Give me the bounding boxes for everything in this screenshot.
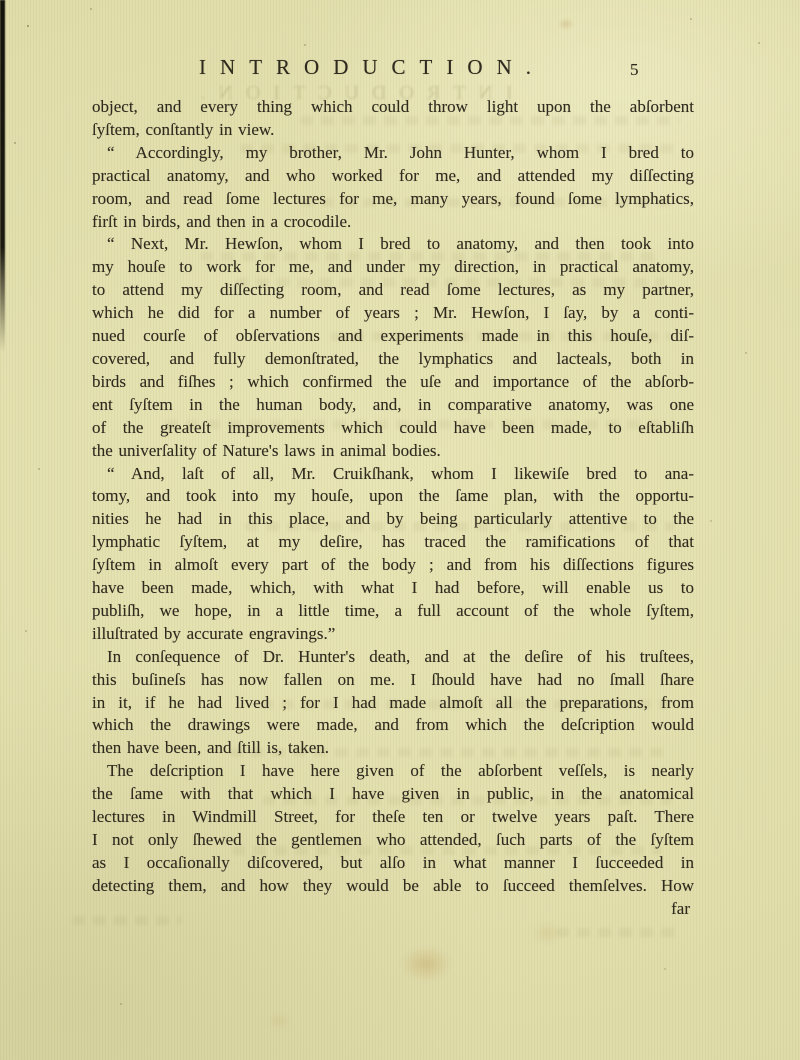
book-page-scan: INTRODUCTION. INTRODUCTION. 5 object, an…	[0, 0, 800, 1060]
text-line: to attend my diſſecting room, and read ſ…	[92, 279, 694, 302]
catchword: far	[92, 898, 694, 921]
foxing-stain	[532, 922, 562, 944]
page-header-title: INTRODUCTION.	[72, 55, 672, 80]
text-line: in it, if he had lived ; for I had made …	[92, 692, 694, 715]
text-line: then have been, and ſtill is, taken.	[92, 737, 694, 760]
text-line: which he did for a number of years ; Mr.…	[92, 302, 694, 325]
text-line: covered, and fully demonſtrated, the lym…	[92, 348, 694, 371]
foxing-stain	[266, 1012, 292, 1030]
text-line: “ Accordingly, my brother, Mr. John Hunt…	[92, 142, 694, 165]
text-line: ent ſyſtem in the human body, and, in co…	[92, 394, 694, 417]
text-line: ſyſtem, conſtantly in view.	[92, 119, 694, 142]
text-line: I not only ſhewed the gentlemen who atte…	[92, 829, 694, 852]
page-number: 5	[630, 60, 639, 80]
text-line: practical anatomy, and who worked for me…	[92, 165, 694, 188]
text-line: In conſequence of Dr. Hunter's death, an…	[92, 646, 694, 669]
text-line: publiſh, we hope, in a little time, a fu…	[92, 600, 694, 623]
text-line: birds and fiſhes ; which confirmed the u…	[92, 371, 694, 394]
text-line: “ Next, Mr. Hewſon, whom I bred to anato…	[92, 233, 694, 256]
verso-showthrough-band	[556, 928, 676, 937]
text-line: lectures in Windmill Street, for theſe t…	[92, 806, 694, 829]
text-line: lymphatic ſyſtem, at my deſire, has trac…	[92, 531, 694, 554]
text-line: room, and read ſome lectures for me, man…	[92, 188, 694, 211]
text-line: nued courſe of obſervations and experime…	[92, 325, 694, 348]
text-line: tomy, and took into my houſe, upon the ſ…	[92, 485, 694, 508]
text-line: object, and every thing which could thro…	[92, 96, 694, 119]
text-line: nities he had in this place, and by bein…	[92, 508, 694, 531]
text-line: have been made, which, with what I had b…	[92, 577, 694, 600]
body-text: object, and every thing which could thro…	[92, 96, 694, 921]
text-line: firſt in birds, and then in a crocodile.	[92, 211, 694, 234]
text-line: as I occaſionally diſcovered, but alſo i…	[92, 852, 694, 875]
text-line: “ And, laſt of all, Mr. Cruikſhank, whom…	[92, 463, 694, 486]
text-line: the ſame with that which I have given in…	[92, 783, 694, 806]
text-line: The deſcription I have here given of the…	[92, 760, 694, 783]
text-line: which the drawings were made, and from w…	[92, 714, 694, 737]
text-line: the univerſality of Nature's laws in ani…	[92, 440, 694, 463]
foxing-stain	[400, 946, 452, 982]
text-line: ſyſtem in almoſt every part of the body …	[92, 554, 694, 577]
text-line: my houſe to work for me, and under my di…	[92, 256, 694, 279]
text-line: of the greateſt improvements which could…	[92, 417, 694, 440]
text-line: illuſtrated by accurate engravings.”	[92, 623, 694, 646]
text-line: this buſineſs has now fallen on me. I ſh…	[92, 669, 694, 692]
text-line: detecting them, and how they would be ab…	[92, 875, 694, 898]
foxing-stain	[558, 18, 574, 30]
scan-gutter-edge	[0, 0, 5, 352]
